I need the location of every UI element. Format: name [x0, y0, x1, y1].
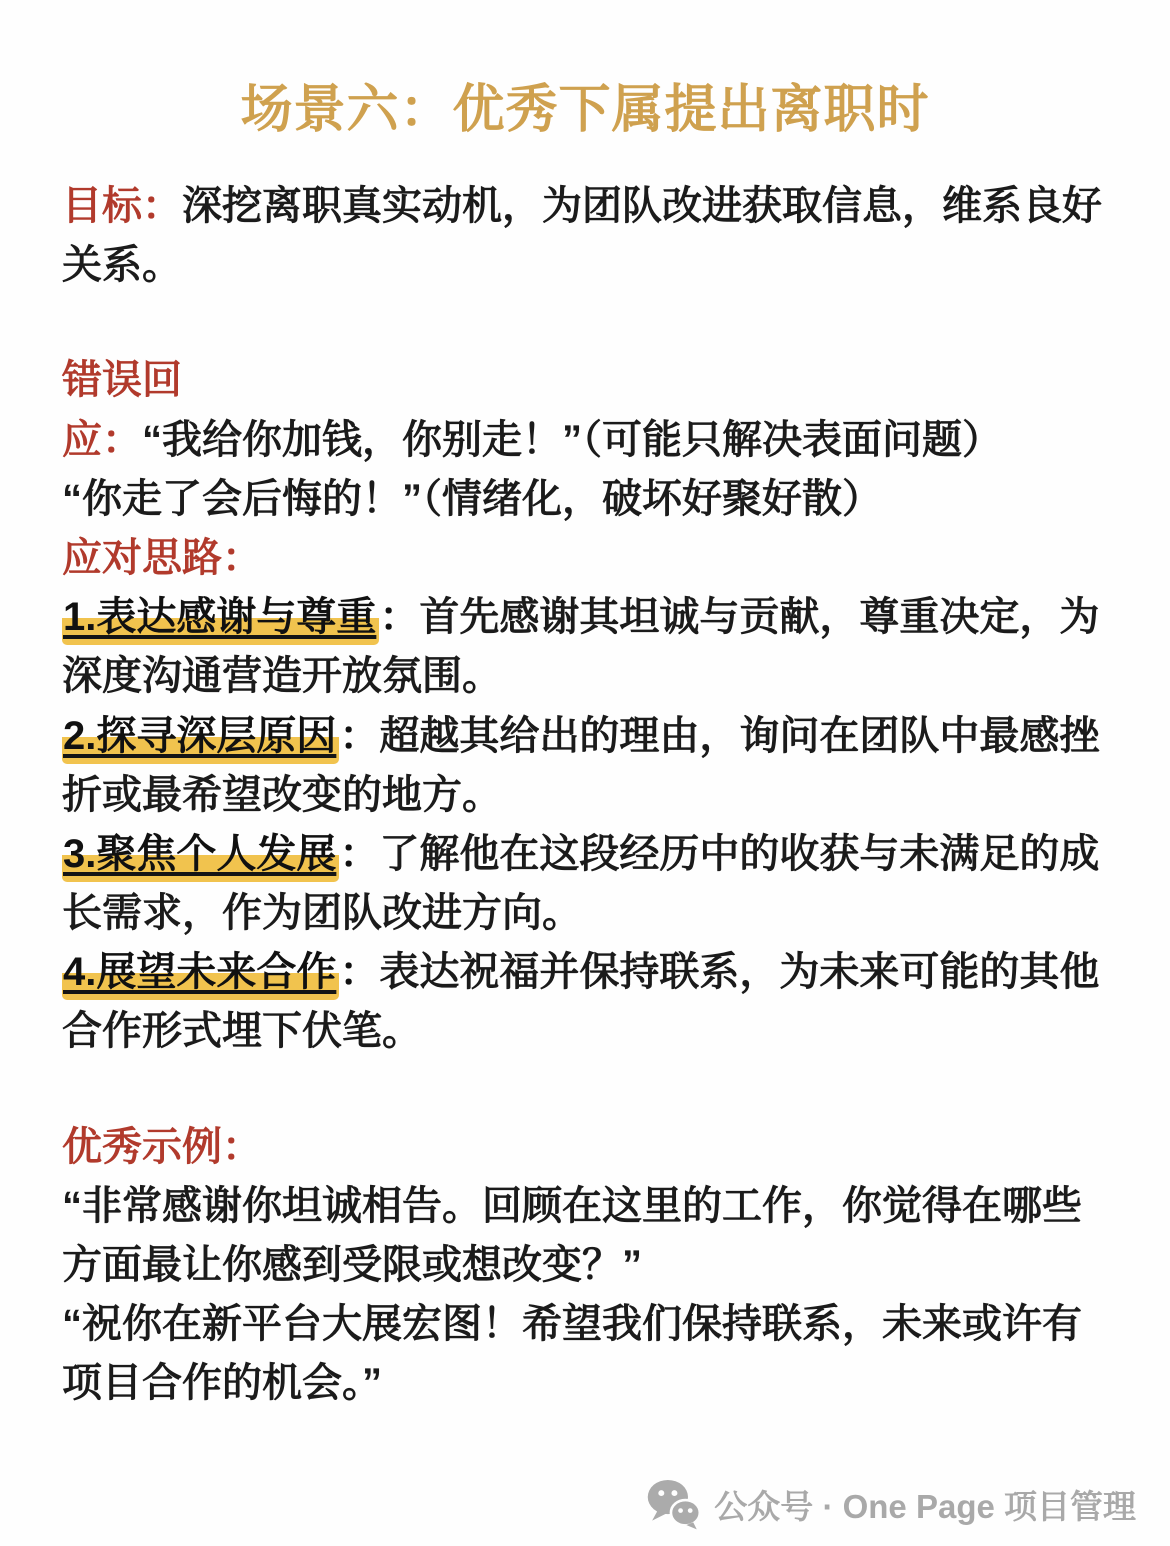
footer-text: 公众号 · One Page 项目管理 [714, 1481, 1136, 1528]
wrong-response-line1: “我给你加钱，你别走！”（可能只解决表面问题） [142, 418, 1002, 462]
approach-item-1: 1.表达感谢与尊重：首先感谢其坦诚与贡献，尊重决定，为深度沟通营造开放氛围。 [62, 588, 1108, 706]
example-quote-1: “非常感谢你坦诚相告。回顾在这里的工作，你觉得在哪些方面最让你感到受限或想改变？… [62, 1177, 1108, 1295]
approach-item-1-colon: ： [379, 595, 419, 639]
wrong-response-line2-paragraph: “你走了会后悔的！”（情绪化，破坏好聚好散） [62, 470, 1108, 529]
wrong-response-paragraph: 错误回应：“我给你加钱，你别走！”（可能只解决表面问题） [62, 351, 1108, 469]
approach-label-line: 应对思路： [62, 529, 1108, 588]
approach-item-3-colon: ： [339, 832, 379, 876]
approach-item-3-lead: 3.聚焦个人发展 [62, 832, 339, 882]
example-label-line: 优秀示例： [62, 1118, 1108, 1177]
approach-item-4-colon: ： [339, 950, 379, 994]
approach-item-3: 3.聚焦个人发展：了解他在这段经历中的收获与未满足的成长需求，作为团队改进方向。 [62, 825, 1108, 943]
approach-label: 应对思路： [62, 536, 262, 580]
infographic-page: 场景六：优秀下属提出离职时 目标：深挖离职真实动机，为团队改进获取信息，维系良好… [0, 0, 1170, 1546]
footer-credit: 公众号 · One Page 项目管理 [646, 1478, 1136, 1530]
approach-item-4: 4.展望未来合作：表达祝福并保持联系，为未来可能的其他合作形式埋下伏笔。 [62, 943, 1108, 1061]
goal-text: 深挖离职真实动机，为团队改进获取信息，维系良好关系。 [62, 184, 1102, 287]
approach-item-4-lead: 4.展望未来合作 [62, 950, 339, 1000]
approach-item-1-lead: 1.表达感谢与尊重 [62, 595, 379, 645]
example-label: 优秀示例： [62, 1125, 262, 1169]
approach-item-2-colon: ： [339, 714, 379, 758]
page-title: 场景六：优秀下属提出离职时 [62, 78, 1108, 143]
goal-label: 目标： [62, 184, 182, 228]
approach-item-2: 2.探寻深层原因：超越其给出的理由，询问在团队中最感挫折或最希望改变的地方。 [62, 707, 1108, 825]
wrong-response-line2: “你走了会后悔的！”（情绪化，破坏好聚好散） [62, 477, 882, 521]
example-quote-2: “祝你在新平台大展宏图！希望我们保持联系，未来或许有项目合作的机会。” [62, 1295, 1108, 1413]
goal-paragraph: 目标：深挖离职真实动机，为团队改进获取信息，维系良好关系。 [62, 177, 1108, 295]
wechat-icon [646, 1478, 702, 1530]
approach-item-2-lead: 2.探寻深层原因 [62, 714, 339, 764]
